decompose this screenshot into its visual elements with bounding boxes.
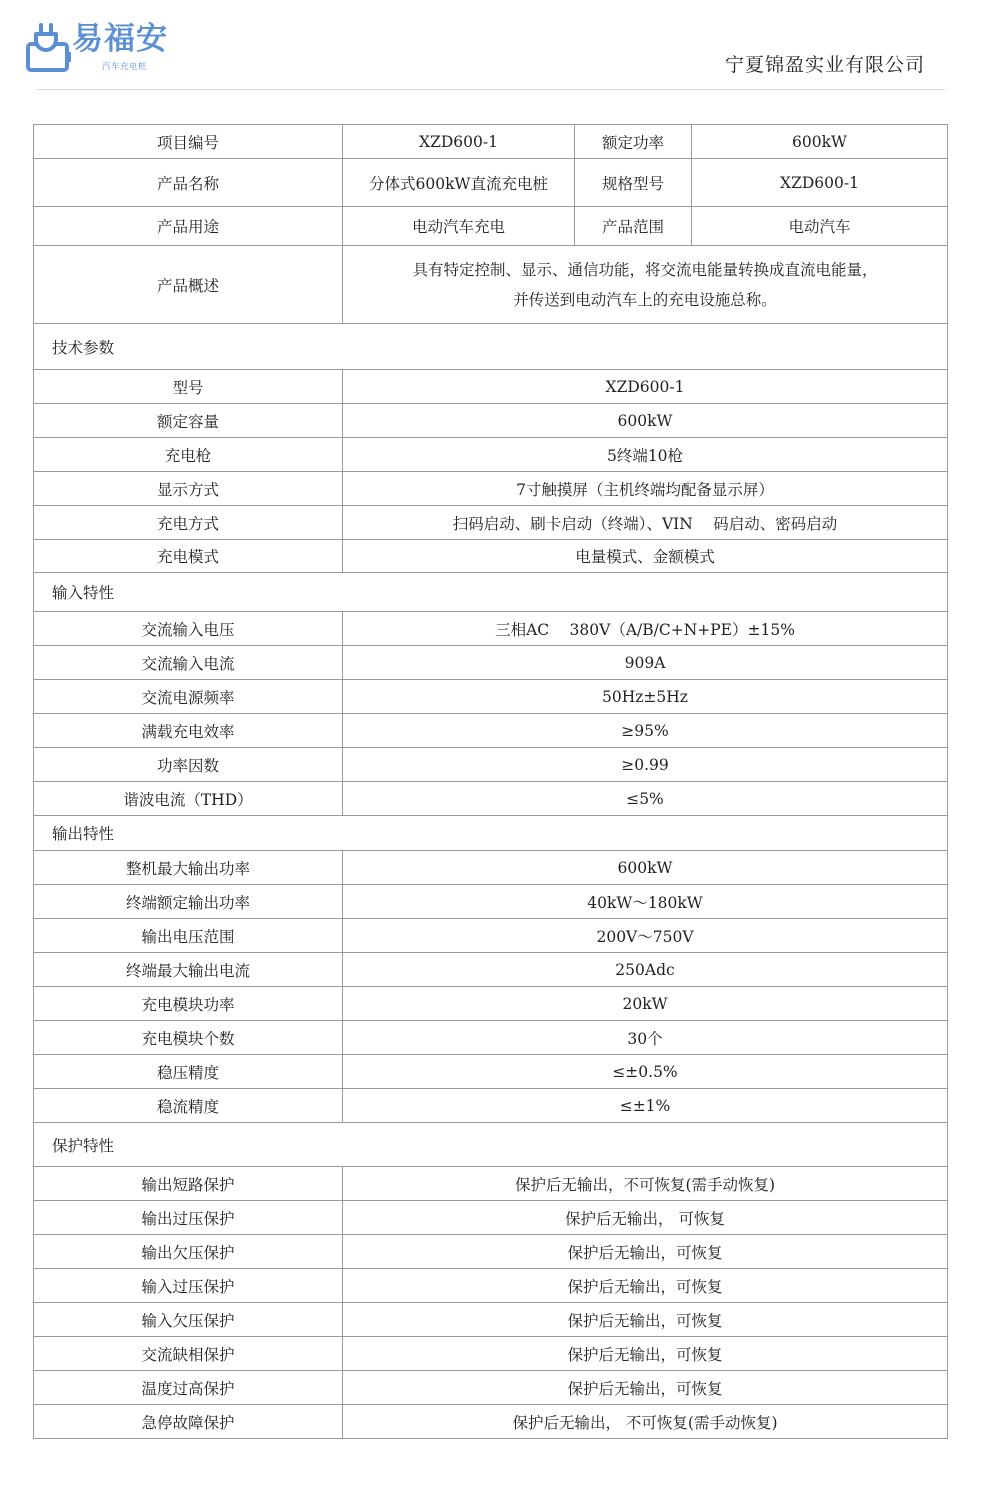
param-value: 保护后无输出， 不可恢复(需手动恢复) [343, 1405, 948, 1439]
table-row: 输出欠压保护保护后无输出，可恢复 [34, 1235, 948, 1269]
param-label: 交流输入电压 [34, 612, 343, 646]
param-label: 交流输入电流 [34, 646, 343, 680]
overview-line: 具有特定控制、显示、通信功能，将交流电能量转换成直流电能量， [347, 255, 943, 285]
table-row: 型号XZD600-1 [34, 370, 948, 404]
table-row: 稳流精度≤±1% [34, 1089, 948, 1123]
field-value: 电动汽车 [692, 207, 948, 246]
header-divider [37, 89, 945, 90]
param-label: 交流缺相保护 [34, 1337, 343, 1371]
brand-tagline: 汽车充电桩 [102, 60, 147, 72]
param-label: 充电方式 [34, 506, 343, 540]
section-header-input: 输入特性 [34, 573, 948, 612]
table-row: 显示方式7寸触摸屏（主机终端均配备显示屏） [34, 472, 948, 506]
page-header: 易福安 汽车充电桩 宁夏锦盈实业有限公司 [0, 0, 1000, 92]
table-row: 输入过压保护保护后无输出，可恢复 [34, 1269, 948, 1303]
section-title: 技术参数 [34, 324, 948, 370]
param-value: ≤5% [343, 782, 948, 816]
param-value: 扫码启动、刷卡启动（终端）、VIN 码启动、密码启动 [343, 506, 948, 540]
section-header-output: 输出特性 [34, 816, 948, 851]
param-value: 600kW [343, 851, 948, 885]
table-row: 充电方式扫码启动、刷卡启动（终端）、VIN 码启动、密码启动 [34, 506, 948, 540]
param-value: 200V～750V [343, 919, 948, 953]
param-value: ≥95% [343, 714, 948, 748]
table-row: 功率因数≥0.99 [34, 748, 948, 782]
param-value: 电量模式、金额模式 [343, 540, 948, 573]
field-value: XZD600-1 [692, 159, 948, 207]
table-row: 交流电源频率50Hz±5Hz [34, 680, 948, 714]
param-value: 7寸触摸屏（主机终端均配备显示屏） [343, 472, 948, 506]
table-row: 产品名称 分体式600kW直流充电桩 规格型号 XZD600-1 [34, 159, 948, 207]
param-value: 20kW [343, 987, 948, 1021]
param-label: 输出短路保护 [34, 1167, 343, 1201]
table-row: 交流输入电压三相AC 380V（A/B/C+N+PE）±15% [34, 612, 948, 646]
section-title: 输入特性 [34, 573, 948, 612]
table-row: 急停故障保护保护后无输出， 不可恢复(需手动恢复) [34, 1405, 948, 1439]
table-row: 充电枪5终端10枪 [34, 438, 948, 472]
table-row: 稳压精度≤±0.5% [34, 1055, 948, 1089]
param-label: 急停故障保护 [34, 1405, 343, 1439]
section-header-protection: 保护特性 [34, 1123, 948, 1167]
param-label: 输出电压范围 [34, 919, 343, 953]
param-value: ≥0.99 [343, 748, 948, 782]
param-value: 保护后无输出，可恢复 [343, 1337, 948, 1371]
param-label: 温度过高保护 [34, 1371, 343, 1405]
param-value: 250Adc [343, 953, 948, 987]
field-label: 产品名称 [34, 159, 343, 207]
param-value: ≤±1% [343, 1089, 948, 1123]
param-value: 30个 [343, 1021, 948, 1055]
param-label: 充电枪 [34, 438, 343, 472]
param-value: 50Hz±5Hz [343, 680, 948, 714]
param-label: 型号 [34, 370, 343, 404]
param-label: 显示方式 [34, 472, 343, 506]
spec-table: 项目编号 XZD600-1 额定功率 600kW 产品名称 分体式600kW直流… [33, 124, 948, 1439]
charger-plug-icon [26, 22, 72, 72]
table-row: 交流输入电流909A [34, 646, 948, 680]
param-label: 稳压精度 [34, 1055, 343, 1089]
param-value: 600kW [343, 404, 948, 438]
field-label: 产品概述 [34, 246, 343, 324]
param-label: 充电模块功率 [34, 987, 343, 1021]
company-name: 宁夏锦盈实业有限公司 [725, 50, 925, 77]
field-label: 额定功率 [575, 125, 692, 159]
param-label: 输入过压保护 [34, 1269, 343, 1303]
field-value: 600kW [692, 125, 948, 159]
param-label: 充电模块个数 [34, 1021, 343, 1055]
table-row: 充电模块个数30个 [34, 1021, 948, 1055]
param-label: 输出欠压保护 [34, 1235, 343, 1269]
table-row: 终端额定输出功率40kW～180kW [34, 885, 948, 919]
table-row: 整机最大输出功率600kW [34, 851, 948, 885]
param-label: 输入欠压保护 [34, 1303, 343, 1337]
brand-name: 易福安 [72, 20, 168, 58]
param-value: 保护后无输出，可恢复 [343, 1371, 948, 1405]
param-label: 谐波电流（THD） [34, 782, 343, 816]
param-value: 909A [343, 646, 948, 680]
param-label: 额定容量 [34, 404, 343, 438]
param-label: 充电模式 [34, 540, 343, 573]
section-title: 保护特性 [34, 1123, 948, 1167]
table-row: 输出短路保护保护后无输出，不可恢复(需手动恢复) [34, 1167, 948, 1201]
param-value: 5终端10枪 [343, 438, 948, 472]
field-label: 产品范围 [575, 207, 692, 246]
table-row: 输入欠压保护保护后无输出，可恢复 [34, 1303, 948, 1337]
table-row: 产品用途 电动汽车充电 产品范围 电动汽车 [34, 207, 948, 246]
section-header-tech: 技术参数 [34, 324, 948, 370]
table-row: 充电模块功率20kW [34, 987, 948, 1021]
table-row: 终端最大输出电流250Adc [34, 953, 948, 987]
table-row: 输出电压范围200V～750V [34, 919, 948, 953]
brand-logo: 易福安 汽车充电桩 [26, 20, 186, 76]
param-label: 整机最大输出功率 [34, 851, 343, 885]
product-overview: 具有特定控制、显示、通信功能，将交流电能量转换成直流电能量， 并传送到电动汽车上… [343, 246, 948, 324]
field-value: 分体式600kW直流充电桩 [343, 159, 575, 207]
param-label: 稳流精度 [34, 1089, 343, 1123]
param-value: 保护后无输出，不可恢复(需手动恢复) [343, 1167, 948, 1201]
table-row: 交流缺相保护保护后无输出，可恢复 [34, 1337, 948, 1371]
param-value: 保护后无输出， 可恢复 [343, 1201, 948, 1235]
table-row: 项目编号 XZD600-1 额定功率 600kW [34, 125, 948, 159]
field-label: 规格型号 [575, 159, 692, 207]
param-label: 终端额定输出功率 [34, 885, 343, 919]
field-value: XZD600-1 [343, 125, 575, 159]
param-value: XZD600-1 [343, 370, 948, 404]
table-row: 产品概述 具有特定控制、显示、通信功能，将交流电能量转换成直流电能量， 并传送到… [34, 246, 948, 324]
param-label: 输出过压保护 [34, 1201, 343, 1235]
param-value: 40kW～180kW [343, 885, 948, 919]
table-row: 额定容量600kW [34, 404, 948, 438]
param-value: 三相AC 380V（A/B/C+N+PE）±15% [343, 612, 948, 646]
table-row: 温度过高保护保护后无输出，可恢复 [34, 1371, 948, 1405]
table-row: 谐波电流（THD）≤5% [34, 782, 948, 816]
param-value: ≤±0.5% [343, 1055, 948, 1089]
overview-line: 并传送到电动汽车上的充电设施总称。 [347, 285, 943, 315]
param-value: 保护后无输出，可恢复 [343, 1235, 948, 1269]
field-label: 项目编号 [34, 125, 343, 159]
table-row: 输出过压保护保护后无输出， 可恢复 [34, 1201, 948, 1235]
table-row: 充电模式电量模式、金额模式 [34, 540, 948, 573]
param-label: 交流电源频率 [34, 680, 343, 714]
field-value: 电动汽车充电 [343, 207, 575, 246]
param-label: 满载充电效率 [34, 714, 343, 748]
table-row: 满载充电效率≥95% [34, 714, 948, 748]
param-value: 保护后无输出，可恢复 [343, 1269, 948, 1303]
field-label: 产品用途 [34, 207, 343, 246]
param-label: 功率因数 [34, 748, 343, 782]
param-label: 终端最大输出电流 [34, 953, 343, 987]
section-title: 输出特性 [34, 816, 948, 851]
param-value: 保护后无输出，可恢复 [343, 1303, 948, 1337]
